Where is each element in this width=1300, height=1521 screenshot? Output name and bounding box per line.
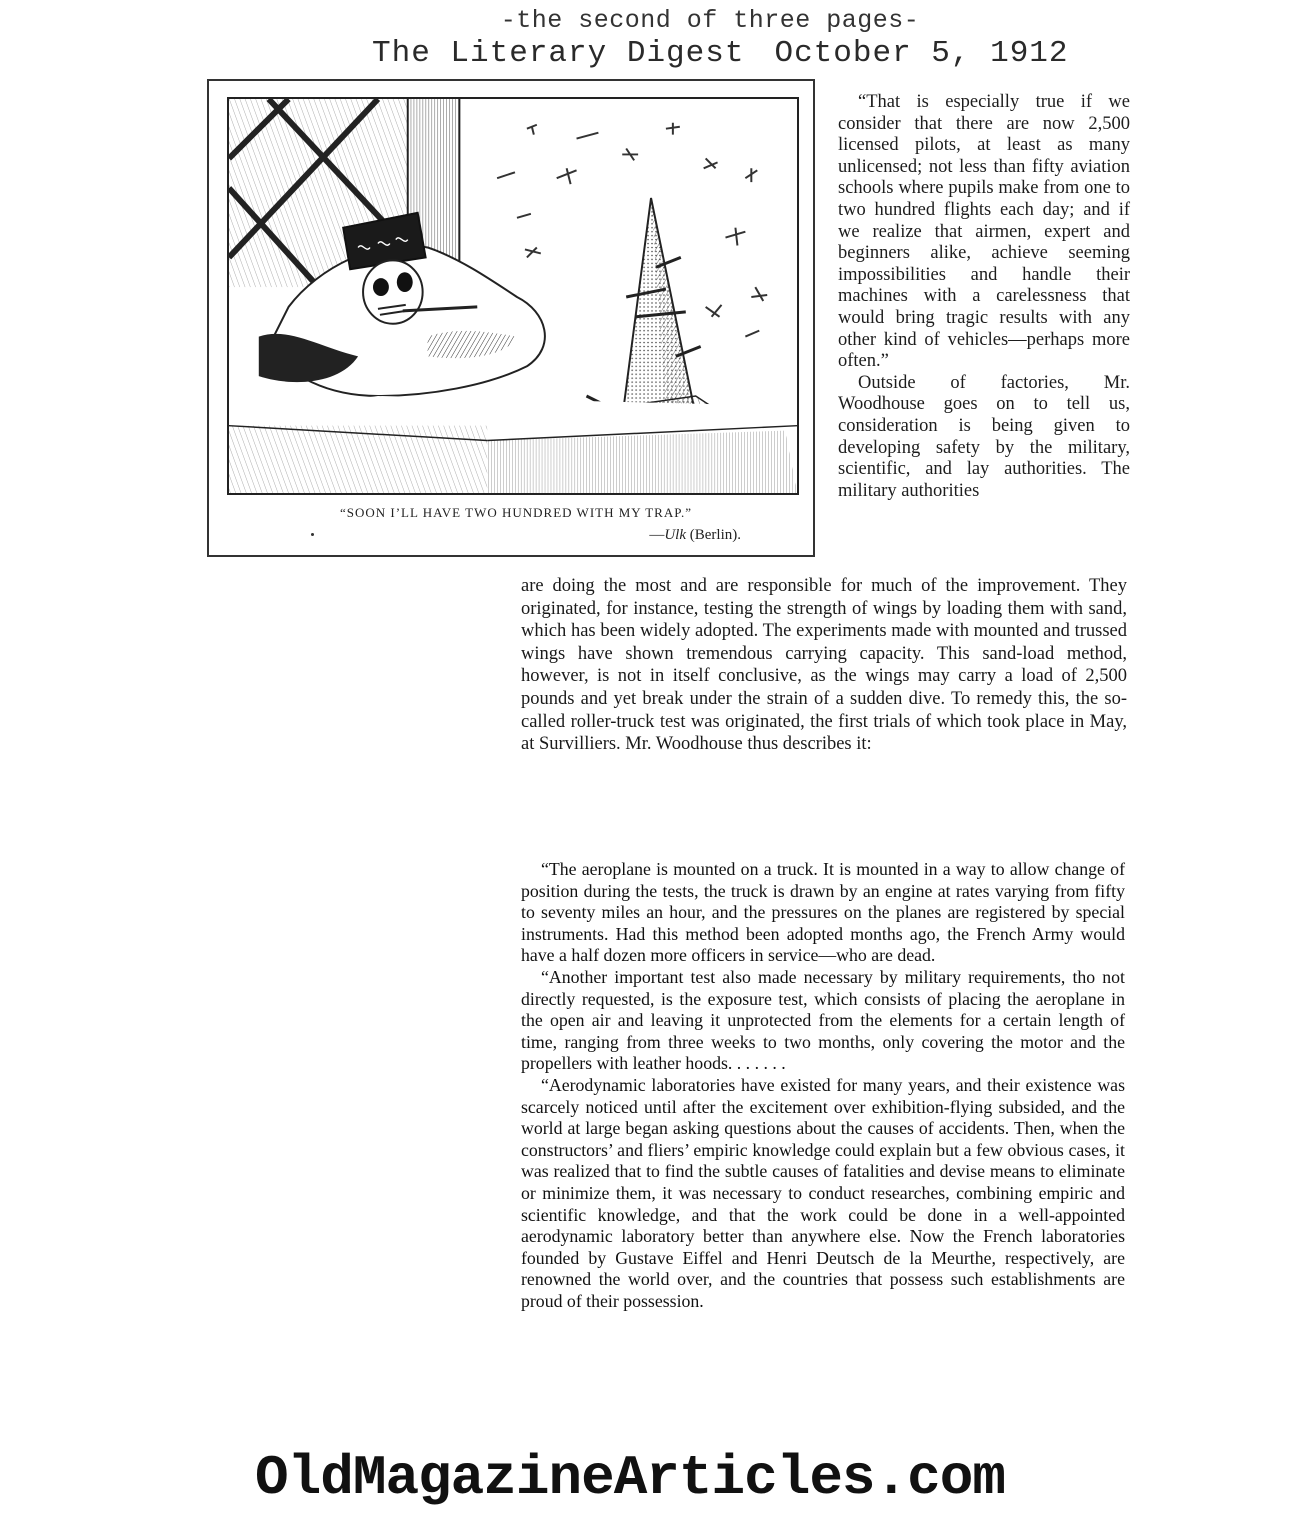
credit-place: (Berlin). — [690, 527, 741, 543]
article-wide-column: are doing the most and are responsible f… — [521, 575, 1127, 756]
publication-title: The Literary Digest — [372, 36, 744, 71]
quote-paragraph: “Aerodynamic laboratories have existed f… — [521, 1075, 1125, 1313]
article-paragraph-continued: are doing the most and are responsible f… — [521, 575, 1127, 756]
masthead: The Literary DigestOctober 5, 1912 — [372, 36, 1069, 71]
article-quotation-block: “The aeroplane is mounted on a truck. It… — [521, 859, 1125, 1312]
cartoon-figure: “SOON I’LL HAVE TWO HUNDRED WITH MY TRAP… — [207, 79, 815, 557]
issue-date: October 5, 1912 — [774, 36, 1068, 71]
credit-source: Ulk — [664, 527, 686, 543]
cartoon-illustration — [227, 97, 799, 495]
skeleton-obelisk-illustration-icon — [229, 99, 797, 493]
site-watermark: OldMagazineArticles.com — [200, 1446, 1060, 1510]
quote-paragraph: “The aeroplane is mounted on a truck. It… — [521, 859, 1125, 967]
cartoon-credit: —Ulk (Berlin). — [649, 527, 741, 544]
print-speck — [311, 533, 314, 536]
cartoon-caption: “SOON I’LL HAVE TWO HUNDRED WITH MY TRAP… — [209, 505, 813, 521]
credit-dash: — — [649, 527, 664, 543]
article-narrow-column: “That is especially true if we consider … — [838, 92, 1130, 502]
article-paragraph: “That is especially true if we consider … — [838, 92, 1130, 373]
quote-paragraph: “Another important test also made necess… — [521, 967, 1125, 1075]
article-paragraph: Outside of factories, Mr. Woodhouse goes… — [838, 373, 1130, 503]
page-indicator: -the second of three pages- — [0, 6, 1300, 35]
